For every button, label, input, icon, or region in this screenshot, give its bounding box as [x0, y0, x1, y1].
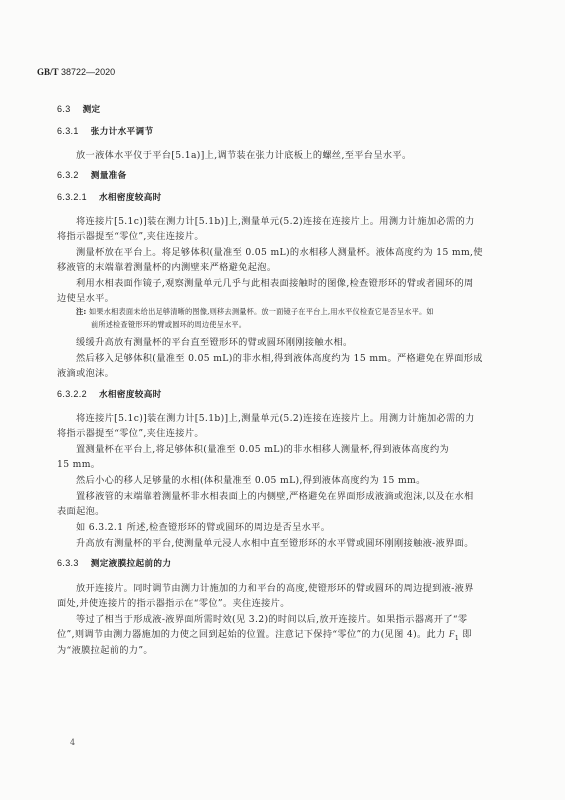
paragraph: 放一液体水平仪于平台[5.1a)]上,调节装在张力计底板上的螺丝,至平台呈水平。	[76, 147, 412, 161]
paragraph: 利用水相表面作镜子,观察测量单元几乎与此相表面接触时的图像,检查镫形环的臂或者圆…	[76, 275, 474, 289]
paragraph-cont: 15 mm。	[57, 456, 100, 470]
heading-6-3-3: 6.3.3测定液膜拉起前的力	[57, 557, 171, 569]
paragraph-cont: 位”,则调节由测力器施加的力使之回到起始的位置。注意记下保持“零位”的力(见图 …	[57, 626, 472, 642]
standard-prefix: GB/T	[37, 67, 59, 77]
standard-header: GB/T 38722—2020	[37, 67, 115, 77]
paragraph: 放开连接片。同时调节由测力计施加的力和平台的高度,使镫形环的臂或圆环的周边提到液…	[76, 580, 474, 594]
heading-6-3: 6.3测定	[57, 103, 100, 115]
note: 注: 如果水相表面未给出足够清晰的图像,则移去测量杯。放一面镜子在平台上,用水平…	[76, 307, 434, 317]
paragraph-cont: 液滴或泡沫。	[57, 365, 114, 379]
paragraph-cont: 边使呈水平。	[57, 290, 114, 304]
paragraph: 缓缓升高放有测量杯的平台直至镫形环的臂或圆环刚刚接触水相。	[76, 334, 353, 348]
heading-6-3-2: 6.3.2测量准备	[57, 169, 127, 181]
paragraph: 等过了相当于形成液-液界面所需时效(见 3.2)的时间以后,放开连接片。如果指示…	[76, 611, 467, 625]
paragraph: 将连接片[5.1c)]装在测力计[5.1b)]上,测量单元(5.2)连接在连接片…	[76, 213, 475, 227]
paragraph-cont: 面处,并使连接片的指示器指示在“零位”。夹住连接片。	[57, 595, 290, 609]
paragraph: 如 6.3.2.1 所述,检查镫形环的臂或圆环的周边是否呈水平。	[76, 519, 330, 533]
heading-6-3-2-1: 6.3.2.1水相密度较高时	[57, 191, 162, 203]
paragraph-cont: 将指示器提至“零位”,夹住连接片。	[57, 425, 204, 439]
document-page: GB/T 38722—2020 6.3测定 6.3.1张力计水平调节 放一液体水…	[0, 0, 565, 800]
standard-number: 38722—2020	[61, 67, 115, 77]
paragraph-cont: 将指示器提至“零位”,夹住连接片。	[57, 228, 204, 242]
paragraph: 置测量杯在平台上,将足够体积(量准至 0.05 mL)的非水相移人测量杯,得到液…	[76, 441, 449, 455]
heading-6-3-1: 6.3.1张力计水平调节	[57, 125, 153, 137]
note-cont: 前所述检查镫形环的臂或圆环的周边使呈水平。	[91, 320, 246, 330]
note-label: 注:	[76, 307, 86, 316]
paragraph-cont: 移液管的末端靠着测量杯的内测壁来严格避免起泡。	[57, 259, 276, 273]
paragraph: 测量杯放在平台上。将足够体积(量准至 0.05 mL)的水相移人测量杯。液体高度…	[76, 244, 483, 258]
paragraph: 然后小心的移人足够量的水相(体积量准至 0.05 mL),得到液体高度约为 15…	[76, 472, 426, 486]
paragraph: 然后移入足够体积(量准至 0.05 mL)的非水相,得到液体高度约为 15 mm…	[76, 350, 483, 364]
paragraph: 将连接片[5.1c)]装在测力计[5.1b)]上,测量单元(5.2)连接在连接片…	[76, 410, 475, 424]
heading-6-3-2-2: 6.3.2.2水相密度较高时	[57, 388, 162, 400]
paragraph-cont: 为“液膜拉起前的力”。	[57, 642, 153, 656]
paragraph: 置移液管的末端靠着测量杯非水相表面上的内侧壁,严格避免在界面形成液滴或泡沫,以及…	[76, 488, 474, 502]
page-number: 4	[70, 738, 75, 747]
paragraph: 升高放有测量杯的平台,使测量单元浸人水相中直至镫形环的水平臂或圆环刚刚接触液-液…	[76, 535, 474, 549]
paragraph-cont: 表面起泡。	[57, 503, 105, 517]
